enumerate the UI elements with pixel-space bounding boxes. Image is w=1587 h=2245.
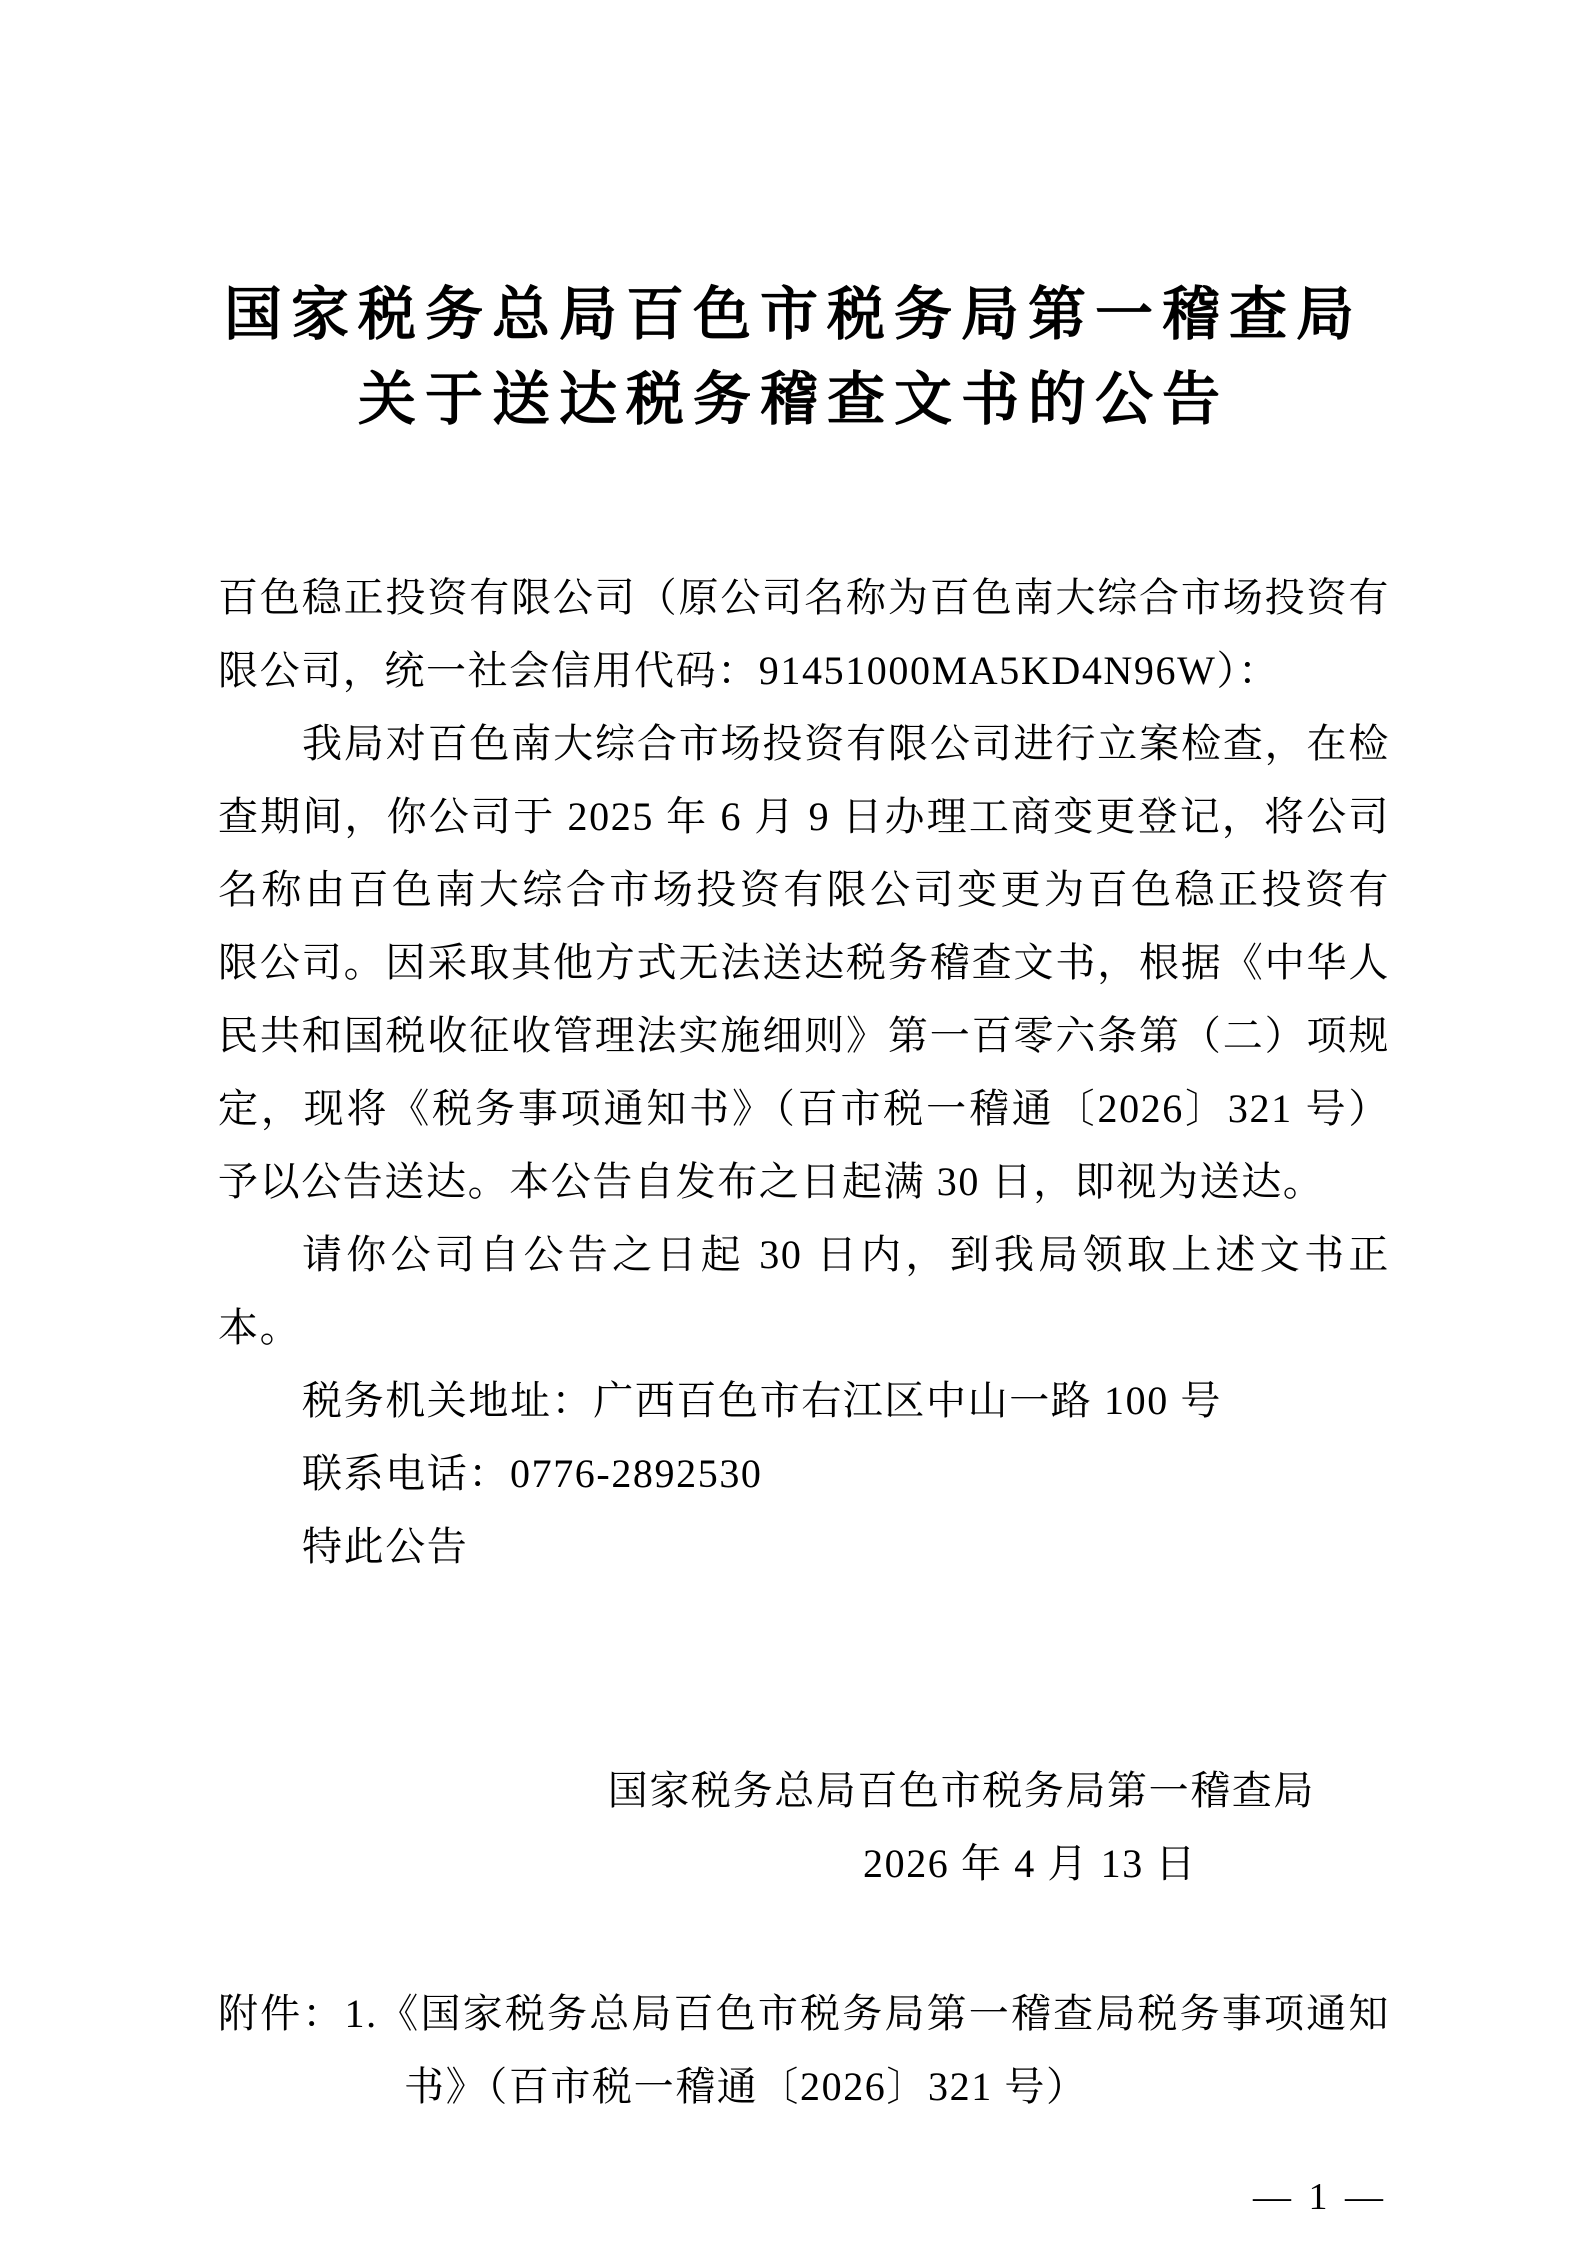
body-line: 名称由百色南大综合市场投资有限公司变更为百色稳正投资有 [218, 853, 1390, 926]
body-line: 民共和国税收征收管理法实施细则》第一百零六条第（二）项规 [218, 999, 1390, 1072]
title-line-1: 国家税务总局百色市税务局第一稽查局 [0, 272, 1587, 357]
closing-statement: 特此公告 [218, 1510, 1390, 1583]
tax-office-address: 税务机关地址：广西百色市右江区中山一路 100 号 [218, 1364, 1390, 1437]
pickup-notice-line: 请你公司自公告之日起 30 日内，到我局领取上述文书正本。 [218, 1218, 1390, 1364]
body-line: 予以公告送达。本公告自发布之日起满 30 日，即视为送达。 [218, 1145, 1390, 1218]
document-body: 百色稳正投资有限公司（原公司名称为百色南大综合市场投资有 限公司，统一社会信用代… [0, 561, 1587, 1583]
document-title: 国家税务总局百色市税务局第一稽查局 关于送达税务稽查文书的公告 [0, 272, 1587, 442]
body-line: 定，现将《税务事项通知书》（百市税一稽通〔2026〕321 号） [218, 1072, 1390, 1145]
document-page: 国家税务总局百色市税务局第一稽查局 关于送达税务稽查文书的公告 百色稳正投资有限… [0, 0, 1587, 2245]
signature-date: 2026 年 4 月 13 日 [218, 1827, 1315, 1900]
title-line-2: 关于送达税务稽查文书的公告 [0, 357, 1587, 442]
addressee-line: 百色稳正投资有限公司（原公司名称为百色南大综合市场投资有 [218, 561, 1390, 634]
body-line: 查期间，你公司于 2025 年 6 月 9 日办理工商变更登记，将公司 [218, 780, 1390, 853]
addressee-line: 限公司，统一社会信用代码：91451000MA5KD4N96W）： [218, 634, 1390, 707]
body-line: 我局对百色南大综合市场投资有限公司进行立案检查，在检 [218, 707, 1390, 780]
signature-agency: 国家税务总局百色市税务局第一稽查局 [218, 1754, 1315, 1827]
page-number: — 1 — [0, 2176, 1587, 2218]
attachment-line-2: 书》（百市税一稽通〔2026〕321 号） [218, 2050, 1390, 2123]
attachment-block: 附件：1.《国家税务总局百色市税务局第一稽查局税务事项通知 书》（百市税一稽通〔… [0, 1977, 1587, 2123]
signature-block: 国家税务总局百色市税务局第一稽查局 2026 年 4 月 13 日 [0, 1754, 1587, 1900]
contact-phone: 联系电话：0776-2892530 [218, 1437, 1390, 1510]
body-line: 限公司。因采取其他方式无法送达税务稽查文书，根据《中华人 [218, 926, 1390, 999]
attachment-line-1: 附件：1.《国家税务总局百色市税务局第一稽查局税务事项通知 [218, 1977, 1390, 2050]
